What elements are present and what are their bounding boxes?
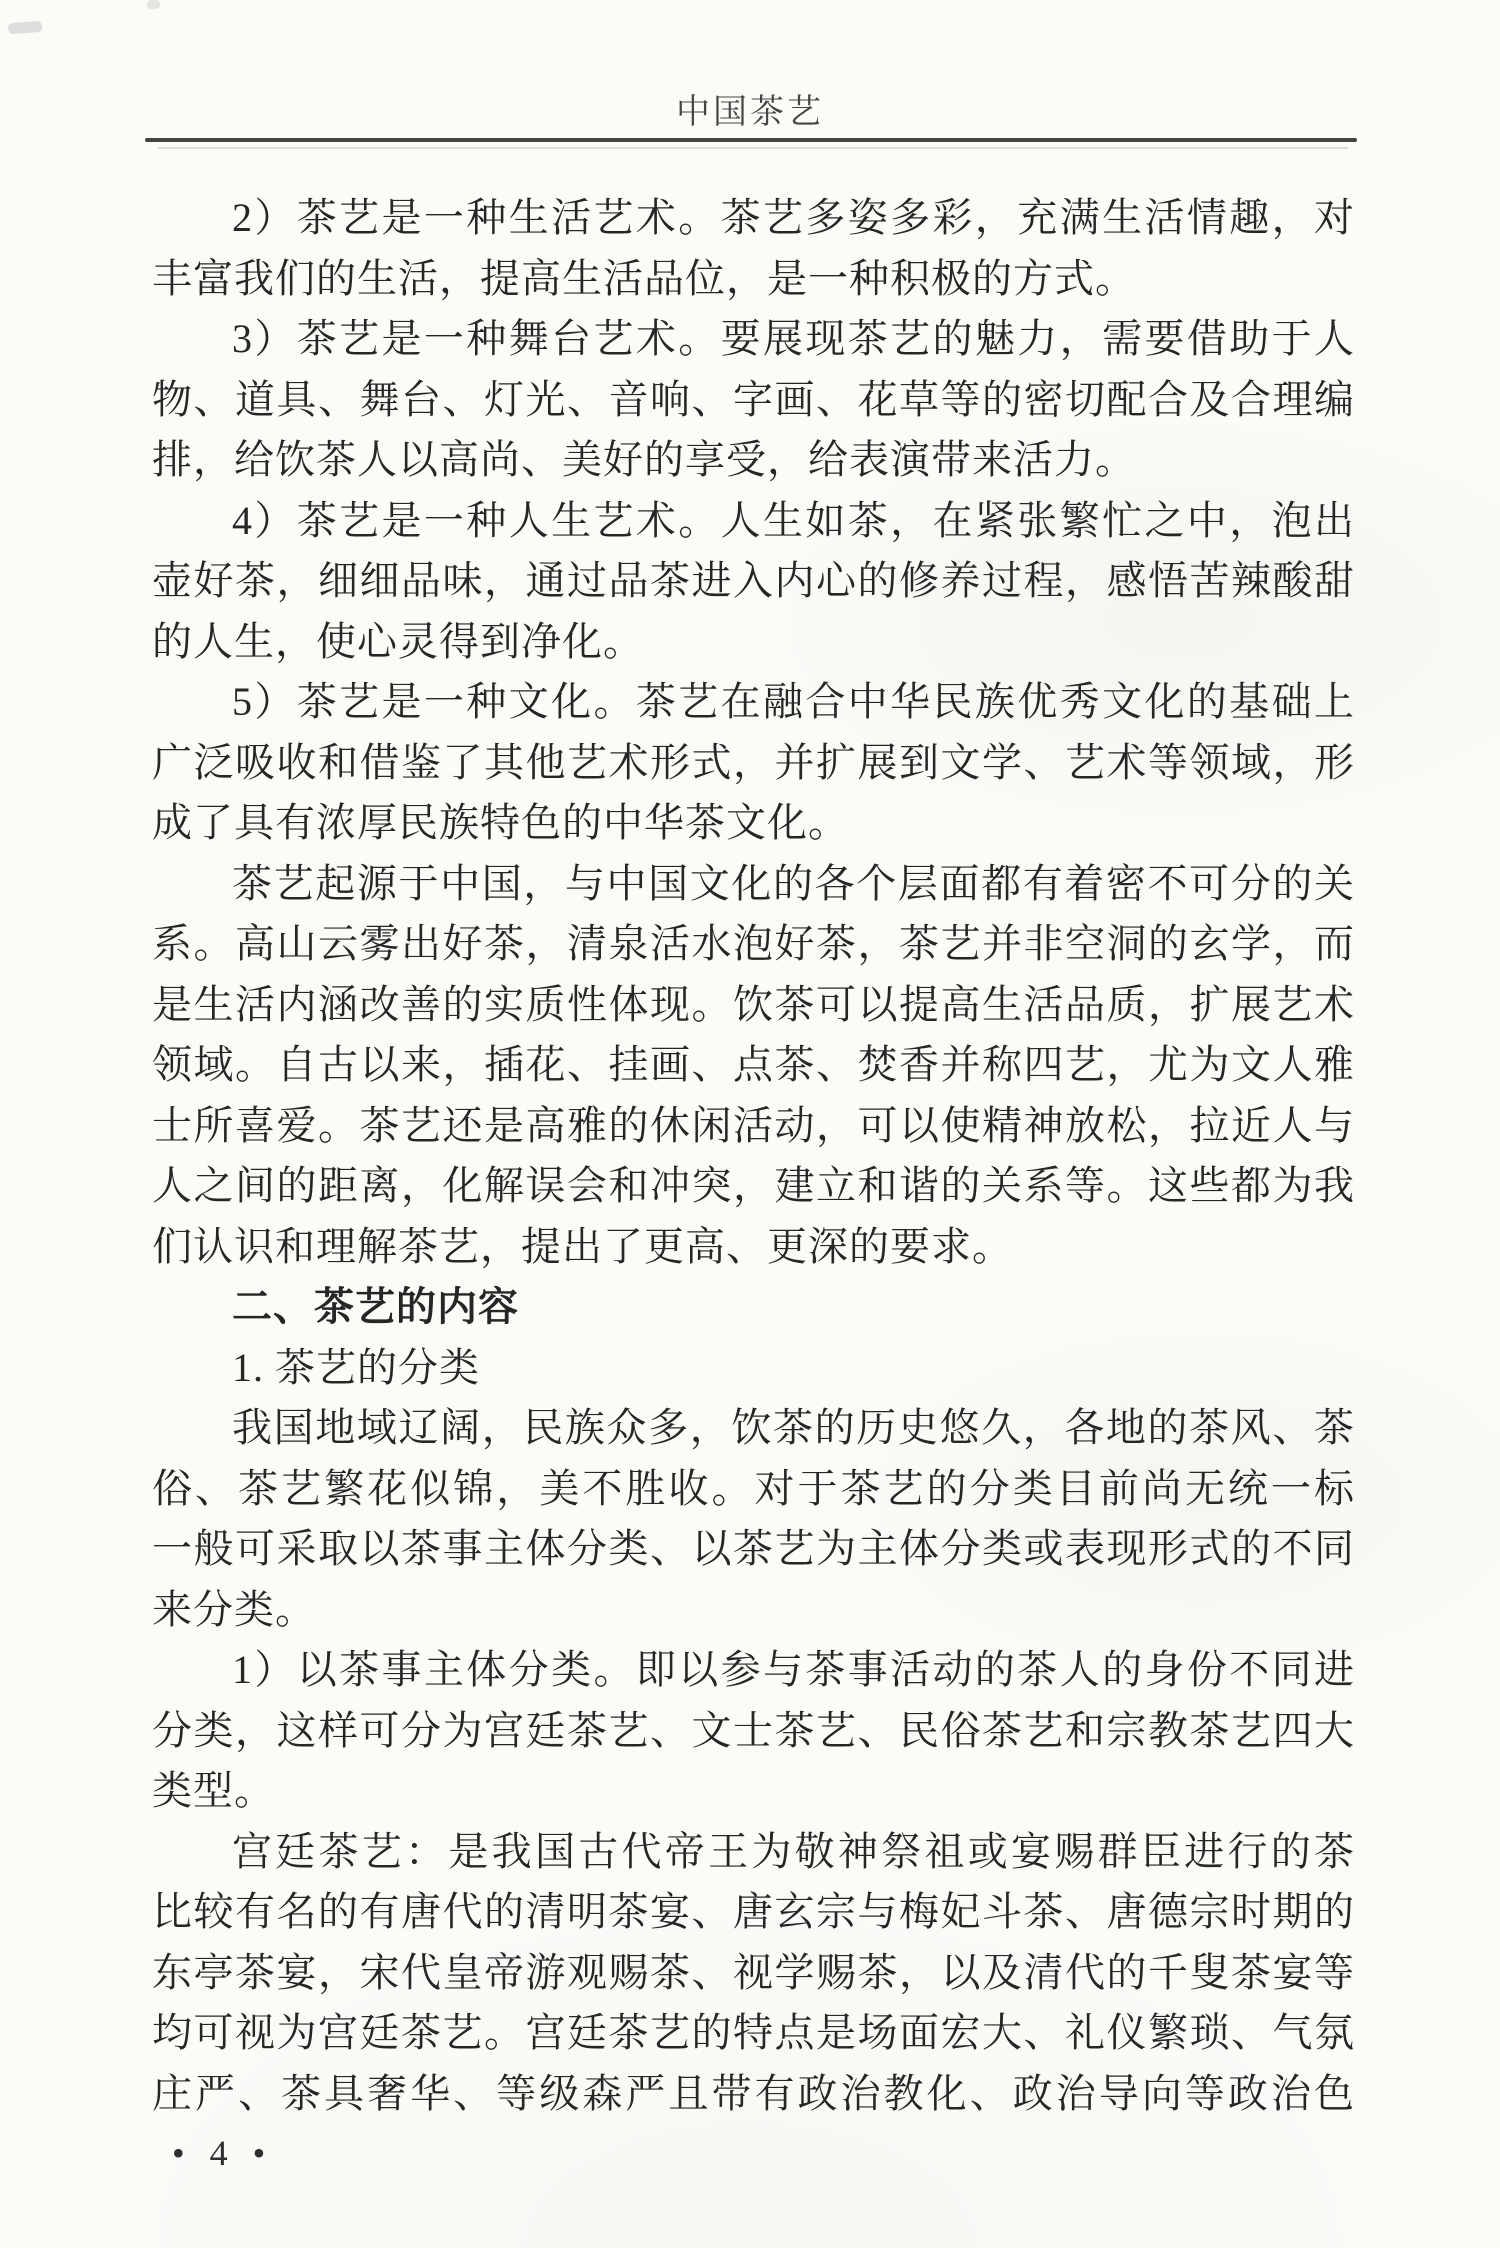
text-line: 比较有名的有唐代的清明茶宴、唐玄宗与梅妃斗茶、唐德宗时期的 [152, 1882, 1355, 1943]
text-line: 我国地域辽阔，民族众多，饮茶的历史悠久，各地的茶风、茶 [152, 1398, 1355, 1459]
text-line: 俗、茶艺繁花似锦，美不胜收。对于茶艺的分类目前尚无统一标准， [152, 1459, 1355, 1520]
text-line: 领域。自古以来，插花、挂画、点茶、焚香并称四艺，尤为文人雅 [152, 1035, 1355, 1096]
text-line: 成了具有浓厚民族特色的中华茶文化。 [152, 793, 1355, 854]
section-heading: 二、茶艺的内容 [152, 1277, 1355, 1338]
header-rule [145, 138, 1357, 142]
text-line: 5）茶艺是一种文化。茶艺在融合中华民族优秀文化的基础上又 [152, 672, 1355, 733]
text-line: 1. 茶艺的分类 [152, 1338, 1355, 1399]
text-line: 类型。 [152, 1761, 1355, 1822]
running-header-title: 中国茶艺 [0, 84, 1500, 133]
text-line: 是生活内涵改善的实质性体现。饮茶可以提高生活品质，扩展艺术 [152, 975, 1355, 1036]
text-line: 分类，这样可分为宫廷茶艺、文士茶艺、民俗茶艺和宗教茶艺四大 [152, 1701, 1355, 1762]
text-line: 2）茶艺是一种生活艺术。茶艺多姿多彩，充满生活情趣，对于 [152, 188, 1355, 249]
text-line: 们认识和理解茶艺，提出了更高、更深的要求。 [152, 1217, 1355, 1278]
text-line: 广泛吸收和借鉴了其他艺术形式，并扩展到文学、艺术等领域，形 [152, 733, 1355, 794]
text-line: 茶艺起源于中国，与中国文化的各个层面都有着密不可分的关 [152, 854, 1355, 915]
text-line: 均可视为宫廷茶艺。宫廷茶艺的特点是场面宏大、礼仪繁琐、气氛 [152, 2003, 1355, 2064]
text-line: 东亭茶宴，宋代皇帝游观赐茶、视学赐茶，以及清代的千叟茶宴等 [152, 1943, 1355, 2004]
text-line: 物、道具、舞台、灯光、音响、字画、花草等的密切配合及合理编 [152, 370, 1355, 431]
scan-smudge [8, 21, 43, 34]
text-line: 宫廷茶艺：是我国古代帝王为敬神祭祖或宴赐群臣进行的茶艺， [152, 1822, 1355, 1883]
scan-smudge [147, 0, 160, 9]
text-line: 丰富我们的生活，提高生活品位，是一种积极的方式。 [152, 249, 1355, 310]
text-line: 排，给饮茶人以高尚、美好的享受，给表演带来活力。 [152, 430, 1355, 491]
text-line: 士所喜爱。茶艺还是高雅的休闲活动，可以使精神放松，拉近人与 [152, 1096, 1355, 1157]
text-line: 3）茶艺是一种舞台艺术。要展现茶艺的魅力，需要借助于人 [152, 309, 1355, 370]
text-line: 1）以茶事主体分类。即以参与茶事活动的茶人的身份不同进行 [152, 1640, 1355, 1701]
text-line: 来分类。 [152, 1580, 1355, 1641]
text-line: 的人生，使心灵得到净化。 [152, 612, 1355, 673]
text-line: 4）茶艺是一种人生艺术。人生如茶，在紧张繁忙之中，泡出一 [152, 491, 1355, 552]
text-line: 一般可采取以茶事主体分类、以茶艺为主体分类或表现形式的不同 [152, 1519, 1355, 1580]
text-line: 庄严、茶具奢华、等级森严且带有政治教化、政治导向等政治色彩。 [152, 2064, 1355, 2125]
header-rule-echo [158, 147, 1348, 149]
text-line: 人之间的距离，化解误会和冲突，建立和谐的关系等。这些都为我 [152, 1156, 1355, 1217]
text-line: 系。高山云雾出好茶，清泉活水泡好茶，茶艺并非空洞的玄学，而 [152, 914, 1355, 975]
text-line: 壶好茶，细细品味，通过品茶进入内心的修养过程，感悟苦辣酸甜 [152, 551, 1355, 612]
body-text: 2）茶艺是一种生活艺术。茶艺多姿多彩，充满生活情趣，对于丰富我们的生活，提高生活… [152, 188, 1355, 2124]
page-number: • 4 • [172, 2132, 273, 2174]
